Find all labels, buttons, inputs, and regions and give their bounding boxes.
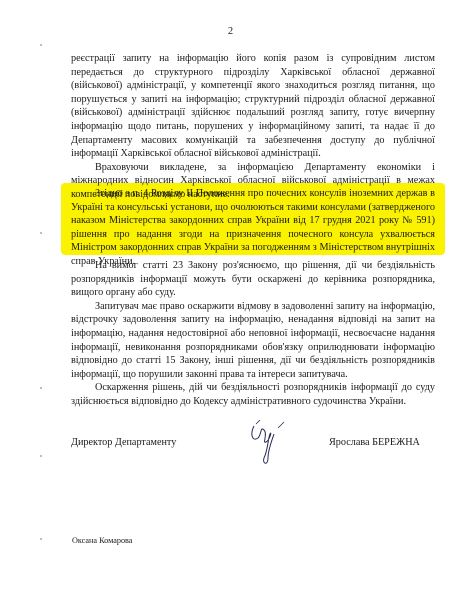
body-text-top: реєстрації запиту на інформацію його коп… (71, 52, 435, 202)
paragraph-appeal-info: На вимог статті 23 Закону роз'яснюємо, щ… (71, 259, 435, 300)
executor-name: Оксана Комарова (72, 536, 132, 545)
page-number: 2 (0, 26, 461, 37)
signatory-name: Ярослава БЕРЕЖНА (329, 437, 420, 448)
paragraph-appeal-rights: Запитувач має право оскаржити відмову в … (71, 300, 435, 382)
paragraph-continuation: реєстрації запиту на інформацію його коп… (71, 52, 435, 161)
scan-artifact (40, 387, 42, 389)
handwritten-signature-icon (248, 420, 288, 468)
scan-artifact (40, 44, 42, 46)
signature-position: Директор Департаменту (71, 437, 176, 448)
scan-artifact (40, 538, 42, 540)
body-text-bottom: На вимог статті 23 Закону роз'яснюємо, щ… (71, 259, 435, 409)
body-text-highlighted: Згідно з п. 4 Розділу ІІ Положення про п… (71, 187, 435, 269)
paragraph-highlighted: Згідно з п. 4 Розділу ІІ Положення про п… (71, 187, 435, 269)
scan-artifact (40, 455, 42, 457)
paragraph-court-appeal: Оскарження рішень, дій чи бездіяльності … (71, 381, 435, 408)
scan-artifact (40, 232, 42, 234)
